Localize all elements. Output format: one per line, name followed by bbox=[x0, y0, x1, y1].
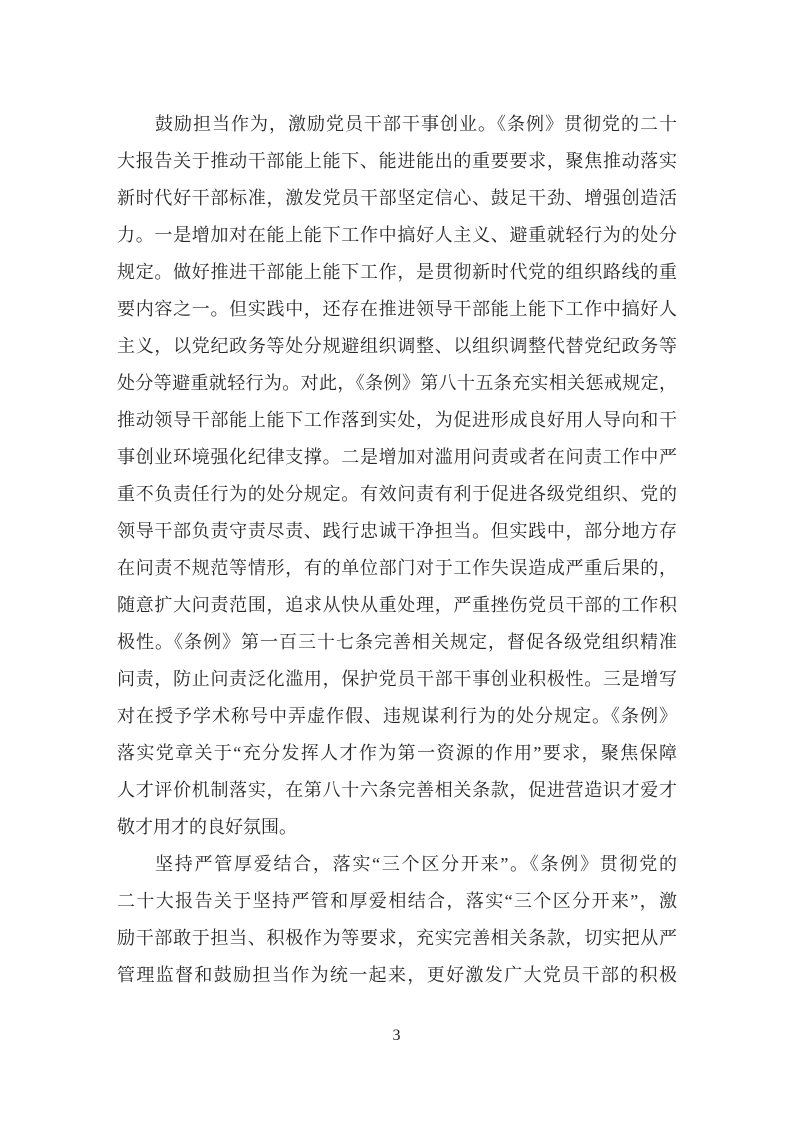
text-line: 事创业环境强化纪律支撑。二是增加对滥用问责或者在问责工作中严 bbox=[117, 439, 677, 476]
paragraph: 坚持严管厚爱结合，落实“三个区分开来”。《条例》贯彻党的二十大报告关于坚持严管和… bbox=[117, 846, 677, 994]
text-line: 对在授予学术称号中弄虚作假、违规谋利行为的处分规定。《条例》 bbox=[117, 698, 677, 735]
text-line: 推动领导干部能上能下工作落到实处，为促进形成良好用人导向和干 bbox=[117, 402, 677, 439]
text-line: 主义，以党纪政务等处分规避组织调整、以组织调整代替党纪政务等 bbox=[117, 328, 677, 365]
text-line: 励干部敢于担当、积极作为等要求，充实完善相关条款，切实把从严 bbox=[117, 920, 677, 957]
text-line: 二十大报告关于坚持严管和厚爱相结合，落实“三个区分开来”，激 bbox=[117, 883, 677, 920]
text-line: 在问责不规范等情形，有的单位部门对于工作失误造成严重后果的， bbox=[117, 550, 677, 587]
text-line: 管理监督和鼓励担当作为统一起来，更好激发广大党员干部的积极 bbox=[117, 957, 677, 994]
document-body: 鼓励担当作为，激励党员干部干事创业。《条例》贯彻党的二十大报告关于推动干部能上能… bbox=[117, 106, 677, 994]
text-line: 重不负责任行为的处分规定。有效问责有利于促进各级党组织、党的 bbox=[117, 476, 677, 513]
text-line: 人才评价机制落实，在第八十六条完善相关条款，促进营造识才爱才 bbox=[117, 772, 677, 809]
text-line: 坚持严管厚爱结合，落实“三个区分开来”。《条例》贯彻党的 bbox=[117, 846, 677, 883]
text-line: 领导干部负责守责尽责、践行忠诚干净担当。但实践中，部分地方存 bbox=[117, 513, 677, 550]
text-line: 力。一是增加对在能上能下工作中搞好人主义、避重就轻行为的处分 bbox=[117, 217, 677, 254]
text-line: 新时代好干部标准，激发党员干部坚定信心、鼓足干劲、增强创造活 bbox=[117, 180, 677, 217]
document-page: 鼓励担当作为，激励党员干部干事创业。《条例》贯彻党的二十大报告关于推动干部能上能… bbox=[0, 0, 793, 1122]
paragraph: 鼓励担当作为，激励党员干部干事创业。《条例》贯彻党的二十大报告关于推动干部能上能… bbox=[117, 106, 677, 846]
text-line: 规定。做好推进干部能上能下工作，是贯彻新时代党的组织路线的重 bbox=[117, 254, 677, 291]
text-line: 处分等避重就轻行为。对此，《条例》第八十五条充实相关惩戒规定， bbox=[117, 365, 677, 402]
text-line: 极性。《条例》第一百三十七条完善相关规定，督促各级党组织精准 bbox=[117, 624, 677, 661]
text-line: 鼓励担当作为，激励党员干部干事创业。《条例》贯彻党的二十 bbox=[117, 106, 677, 143]
text-line: 随意扩大问责范围，追求从快从重处理，严重挫伤党员干部的工作积 bbox=[117, 587, 677, 624]
page-number: 3 bbox=[0, 1026, 793, 1046]
text-line: 问责，防止问责泛化滥用，保护党员干部干事创业积极性。三是增写 bbox=[117, 661, 677, 698]
text-line: 敬才用才的良好氛围。 bbox=[117, 809, 677, 846]
text-line: 大报告关于推动干部能上能下、能进能出的重要要求，聚焦推动落实 bbox=[117, 143, 677, 180]
text-line: 落实党章关于“充分发挥人才作为第一资源的作用”要求，聚焦保障 bbox=[117, 735, 677, 772]
text-line: 要内容之一。但实践中，还存在推进领导干部能上能下工作中搞好人 bbox=[117, 291, 677, 328]
